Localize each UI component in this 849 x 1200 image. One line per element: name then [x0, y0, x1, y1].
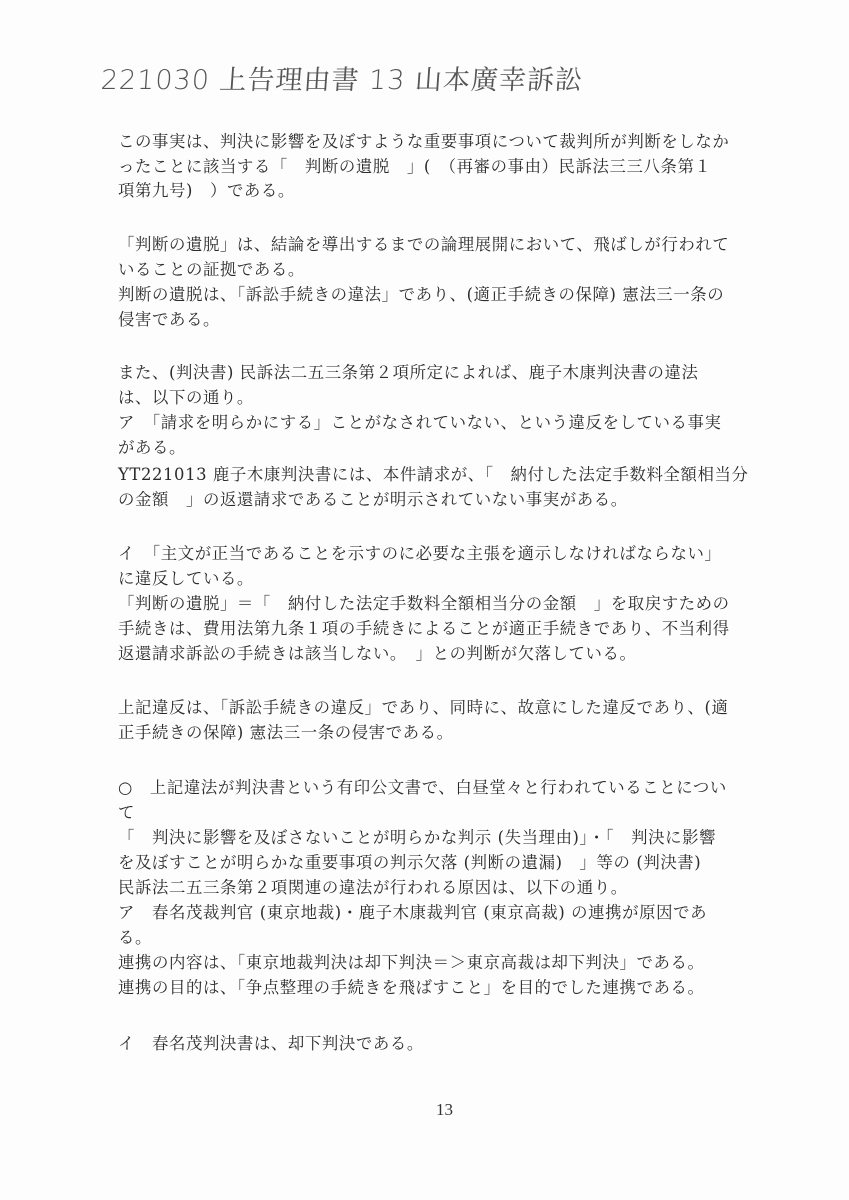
- text-line: イ 春名茂判決書は、却下判決である。: [118, 1030, 424, 1054]
- handwritten-header-note: 221030 上告理由書 13 山本廣幸訴訟: [100, 58, 585, 97]
- text-line: 手続きは、費用法第九条１項の手続きによることが適正手続きであり、不当利得: [118, 615, 730, 639]
- text-line: の金額 」の返還請求であることが明示されていない事実がある。: [118, 486, 628, 510]
- text-line: がある。: [118, 434, 186, 458]
- text-line: ア 「請求を明らかにする」ことがなされていない、という違反をしている事実: [118, 409, 721, 433]
- text-line: を及ぼすことが明らかな重要事項の判示欠落 (判断の遺漏) 」等の (判決書): [118, 849, 701, 873]
- text-line: 正手続きの保障) 憲法三一条の侵害である。: [118, 719, 454, 743]
- text-line: 「判断の遺脱」＝「 納付した法定手数料全額相当分の金額 」を取戻すための: [118, 590, 730, 614]
- text-line: ア 春名茂裁判官 (東京地裁)・鹿子木康裁判官 (東京高裁) の連携が原因であ: [118, 899, 707, 923]
- page-number: 13: [436, 1100, 453, 1120]
- text-line: 「 判決に影響を及ぼさないことが明らかな判示 (失当理由)」・「 判決に影響: [118, 824, 716, 848]
- text-line: 返還請求訴訟の手続きは該当しない。 」との判断が欠落している。: [118, 640, 637, 664]
- text-line: 連携の内容は、「東京地裁判決は却下判決＝＞東京高裁は却下判決」である。: [118, 949, 704, 973]
- text-line: 連携の目的は、「争点整理の手続きを飛ばすこと」を目的でした連携である。: [118, 974, 704, 998]
- text-line: また、(判決書) 民訴法二五三条第２項所定によれば、鹿子木康判決書の違法: [118, 359, 699, 383]
- text-line: る。: [118, 924, 152, 948]
- text-line: は、以下の通り。: [118, 384, 254, 408]
- text-line: 「判断の遺脱」は、結論を導出するまでの論理展開において、飛ばしが行われて: [118, 231, 729, 255]
- text-line: この事実は、判決に影響を及ぼすような重要事項について裁判所が判断をしなか: [118, 128, 729, 152]
- text-line: 上記違反は、「訴訟手続きの違反」であり、同時に、故意にした違反であり、(適: [118, 694, 728, 718]
- text-line: イ 「主文が正当であることを示すのに必要な主張を適示しなければならない」: [118, 540, 721, 564]
- text-line: ったことに該当する「 判断の遺脱 」( （再審の事由）民訴法三三八条第１: [118, 153, 711, 177]
- text-line: て: [118, 799, 135, 823]
- text-line: 判断の遺脱は、「訴訟手続きの違法」であり、(適正手続きの保障) 憲法三一条の: [118, 281, 724, 305]
- text-line: ○ 上記違法が判決書という有印公文書で、白昼堂々と行われていることについ: [118, 774, 727, 798]
- text-line: YT221013 鹿子木康判決書には、本件請求が、「 納付した法定手数料全額相当…: [118, 461, 748, 485]
- text-line: いることの証拠である。: [118, 256, 305, 280]
- text-line: に違反している。: [118, 565, 254, 589]
- text-line: 民訴法二五三条第２項関連の違法が行われる原因は、以下の通り。: [118, 874, 628, 898]
- text-line: 侵害である。: [118, 306, 220, 330]
- text-line: 項第九号) ）である。: [118, 177, 295, 201]
